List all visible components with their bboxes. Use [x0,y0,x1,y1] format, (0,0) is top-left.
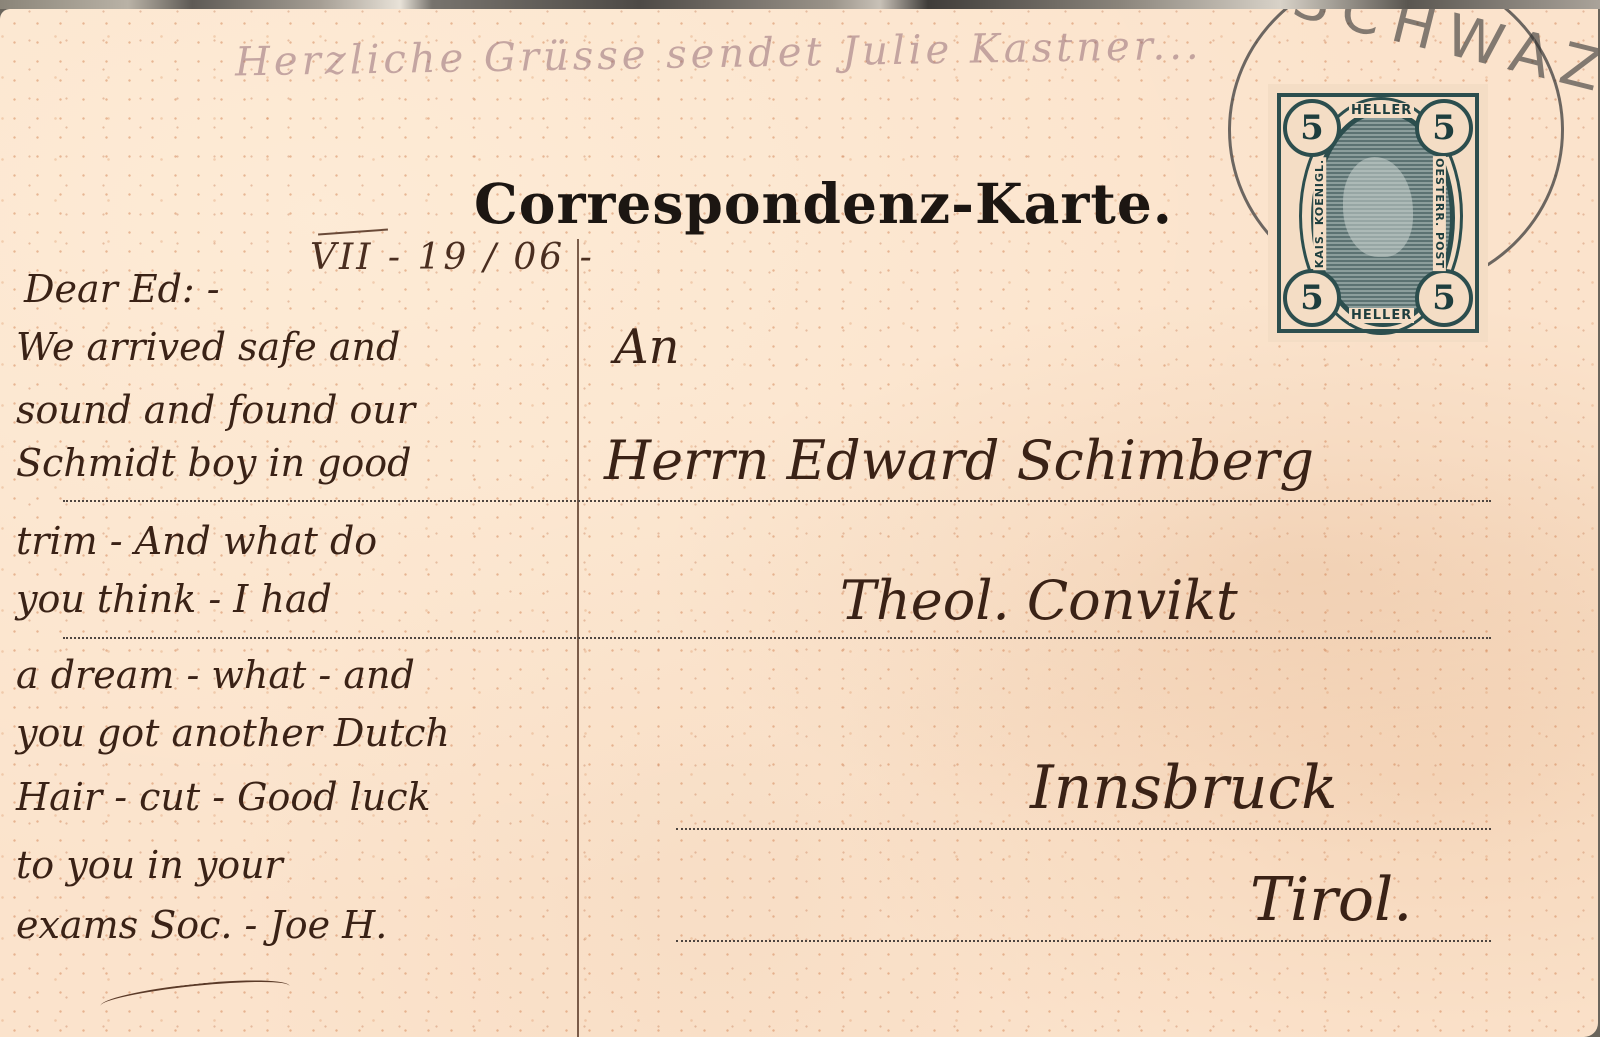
postcard: Herzliche Grüsse sendet Julie Kastner...… [0,9,1598,1037]
address-line: Innsbruck [1030,753,1337,823]
message-line: Hair - cut - Good luck [16,775,431,819]
message-line: you got another Dutch [16,711,450,755]
address-line: Theol. Convikt [840,569,1238,632]
message-line: We arrived safe and [16,325,400,369]
stamp-bottom-text: HELLER [1349,308,1414,323]
message-line: trim - And what do [16,519,377,563]
stamp-denomination: 5 [1415,99,1473,157]
address-dotted-line [676,940,1491,942]
stamp-denomination: 5 [1283,99,1341,157]
message-line: to you in your [16,843,283,887]
scan-edge-strip [0,0,1600,9]
postage-stamp: 5 5 5 5 HELLER HELLER KAIS. KOENIGL. OES… [1271,87,1485,339]
message-date: VII - 19 / 06 - [310,237,595,278]
stamp-right-text: OESTERR. POST [1433,156,1446,271]
stamp-denomination: 5 [1415,269,1473,327]
stamp-top-text: HELLER [1349,103,1414,118]
stamp-left-text: KAIS. KOENIGL. [1313,157,1326,270]
address-dotted-line [63,637,1491,639]
address-line: An [614,319,680,375]
message-line: you think - I had [16,577,332,621]
message-line: exams Soc. - Joe H. [16,903,387,947]
message-line: Dear Ed: - [24,267,220,311]
printed-title: Correspondenz-Karte. [474,171,1173,236]
message-line: sound and found our [16,388,415,432]
address-dotted-line [63,500,1491,502]
message-line: Schmidt boy in good [16,441,412,485]
message-line: a dream - what - and [16,653,415,697]
address-line: Tirol. [1250,865,1412,935]
stamp-denomination: 5 [1283,269,1341,327]
address-line: Herrn Edward Schimberg [604,429,1314,492]
address-dotted-line [676,828,1491,830]
